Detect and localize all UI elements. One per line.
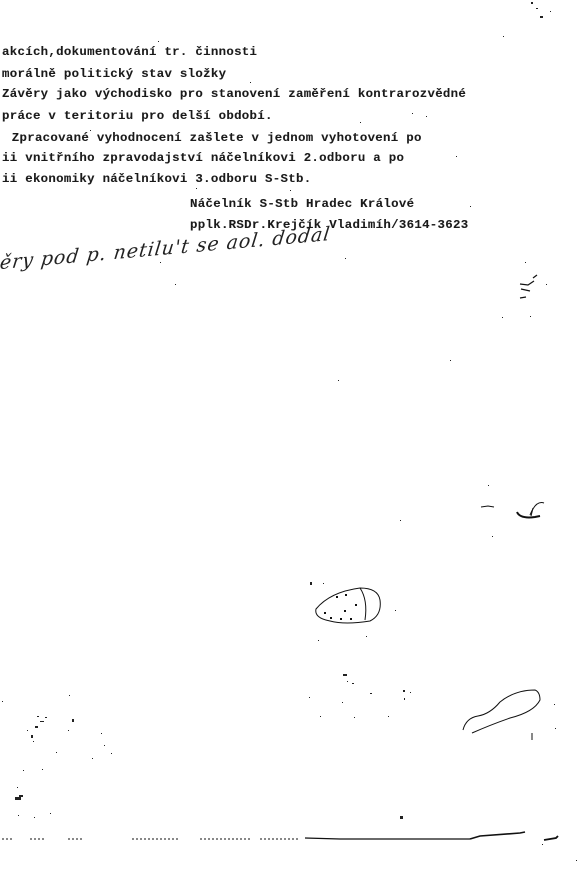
margin-scribble [520,275,537,298]
oval-stamp-mark [316,588,381,623]
margin-mark [481,503,544,518]
scan-artifacts [0,0,584,880]
pen-outline-mark [463,690,540,740]
scanned-document-page: akcích,dokumentování tr. činnosti moráln… [0,0,584,880]
bottom-edge-line [2,832,558,840]
speckle-dots [2,2,577,861]
